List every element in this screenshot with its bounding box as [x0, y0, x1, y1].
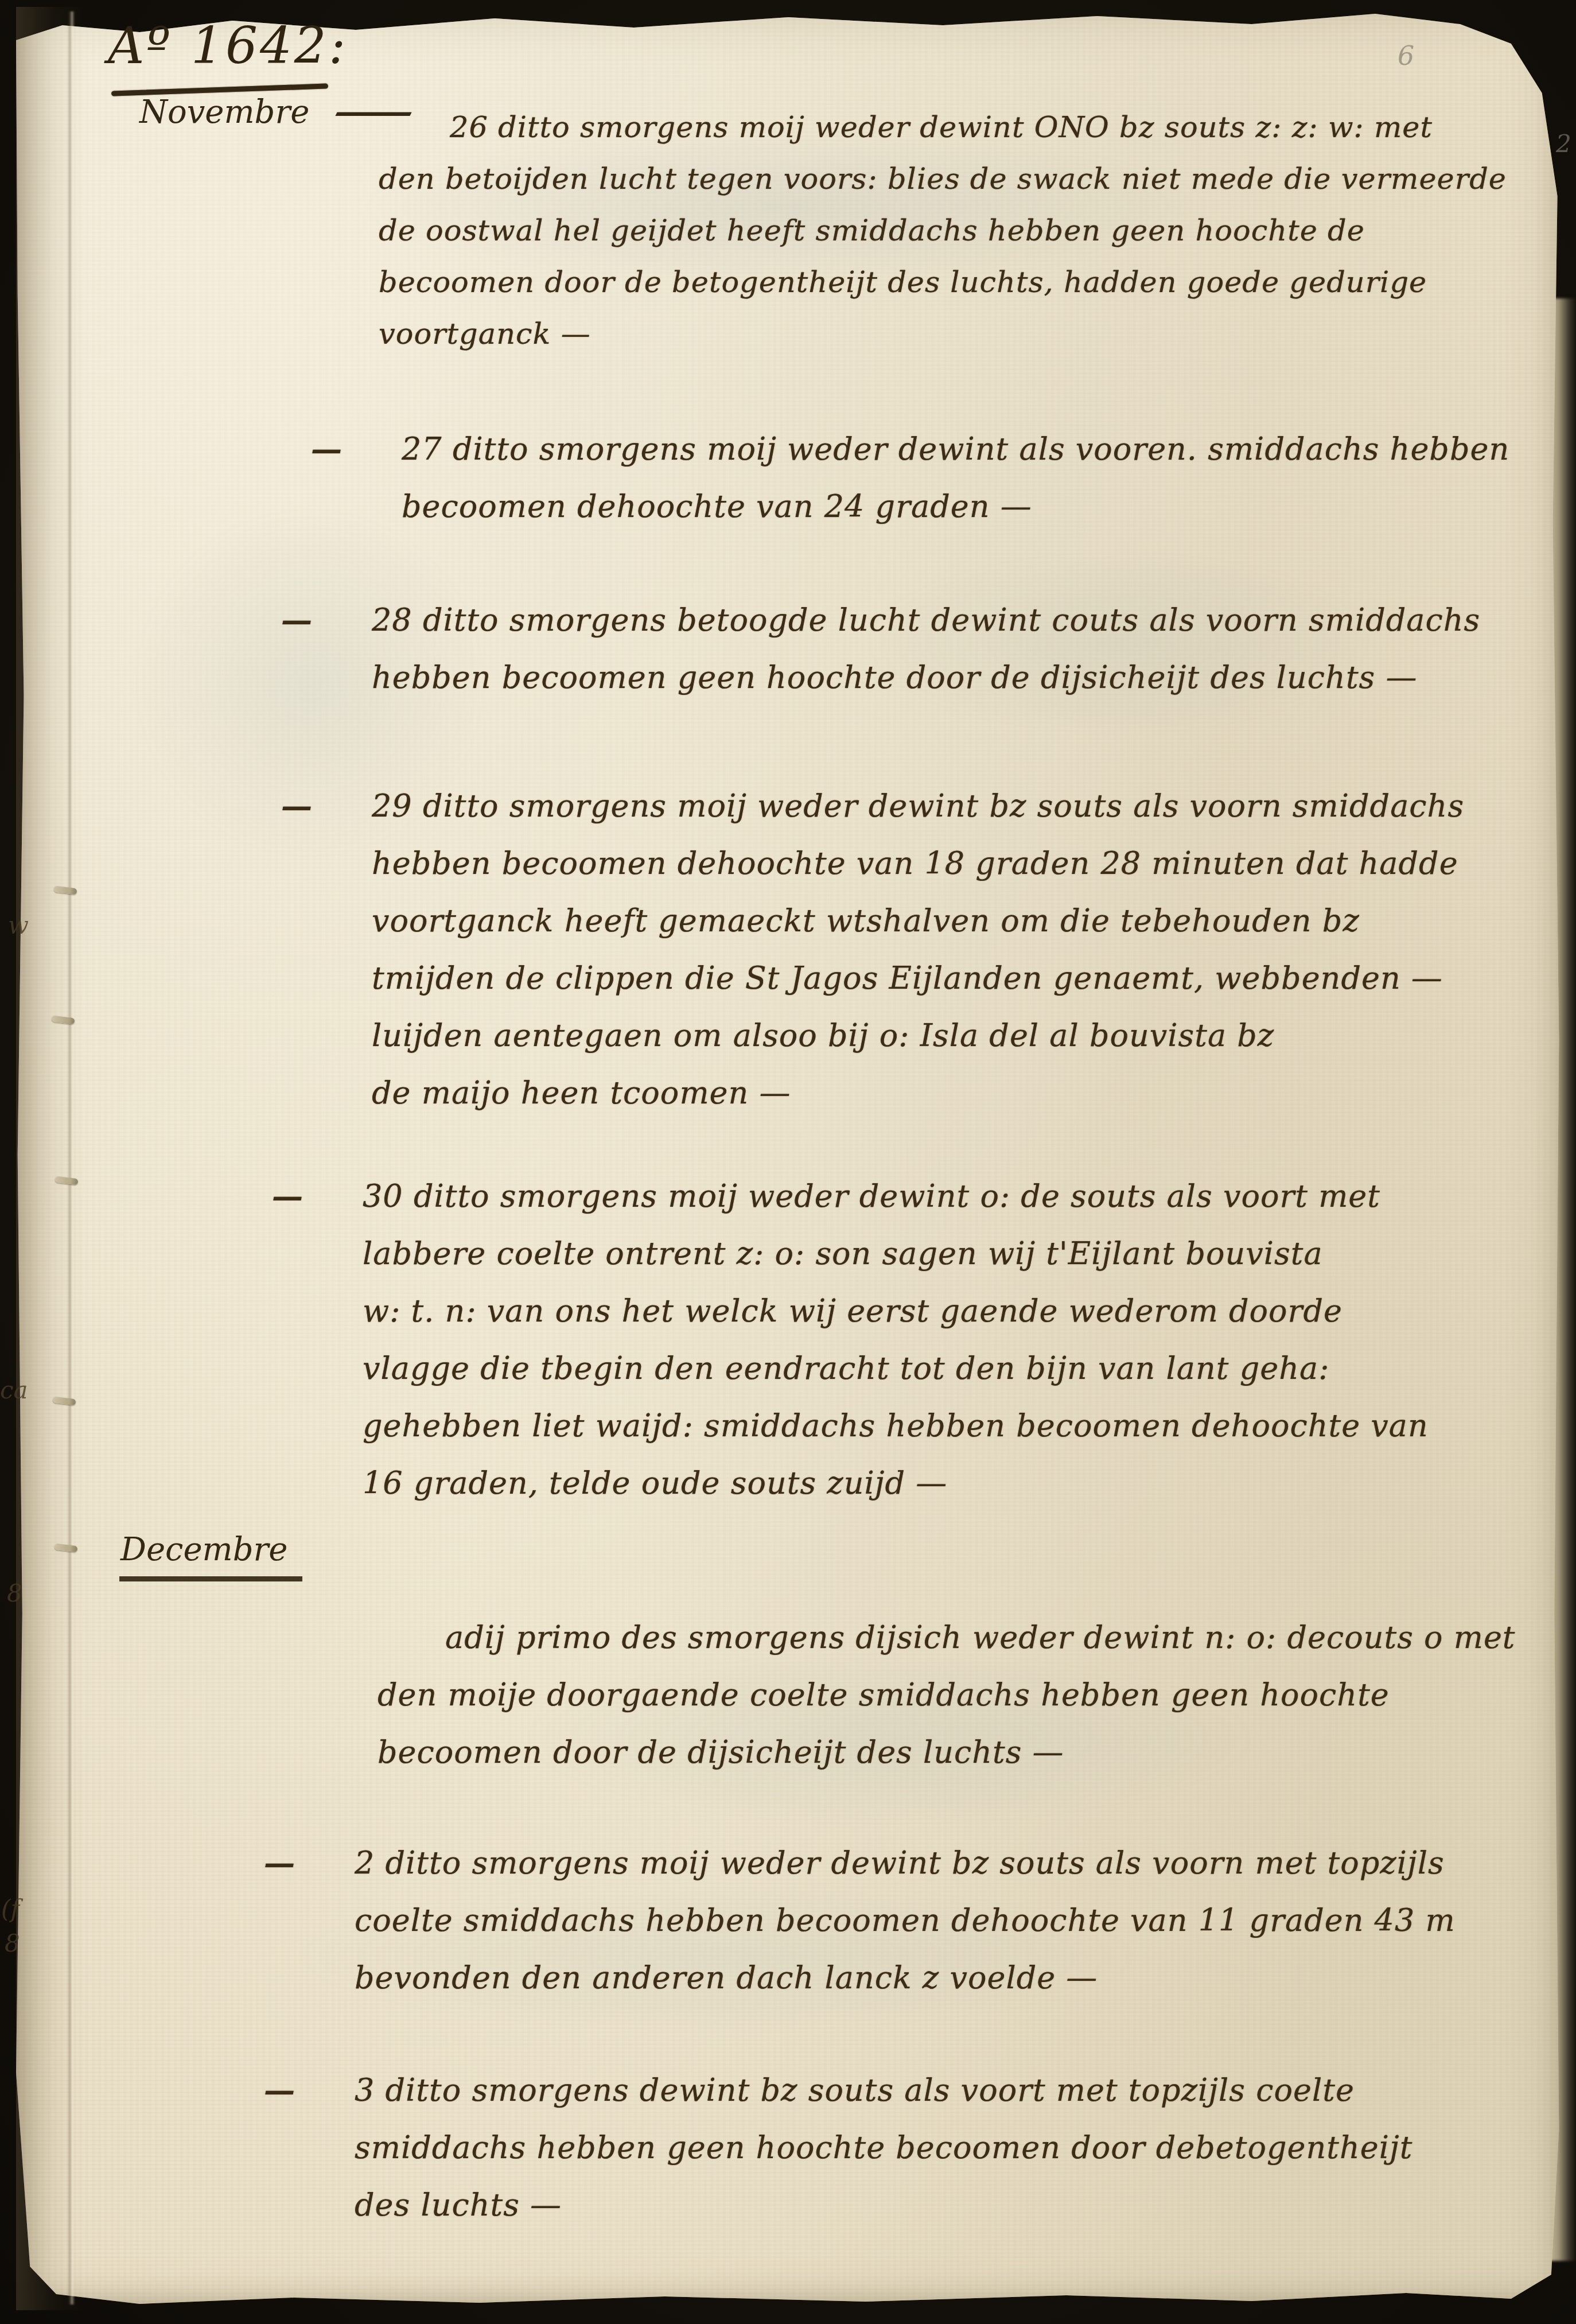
- bleed-through-smudge: [516, 1653, 1262, 1825]
- bleed-through-smudge: [861, 551, 1377, 734]
- bleed-through-smudge: [132, 505, 488, 861]
- margin-ink-fragment: 2: [1556, 130, 1571, 158]
- bleed-through-smudge: [356, 132, 1216, 281]
- binding-crease: [68, 11, 75, 2304]
- manuscript-scan: { "palette": { "paper": "#e9dfc6", "ink"…: [0, 0, 1576, 2324]
- binding-gutter-shadow: [16, 7, 85, 2310]
- bleed-through-smudge: [287, 1882, 1147, 2031]
